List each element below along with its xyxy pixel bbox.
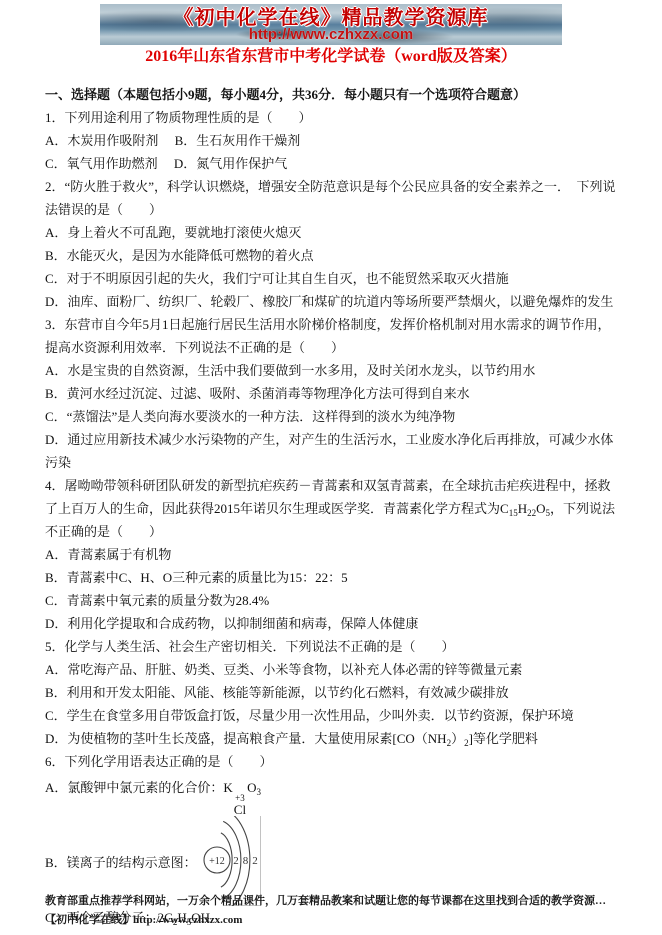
site-banner-image: 《初中化学在线》精品教学资源库 http://www.czhxzx.com <box>100 4 562 45</box>
question-2-option-b: B．水能灭火，是因为水能降低可燃物的着火点 <box>45 244 623 267</box>
question-6-option-b-label: B．镁离子的结构示意图： <box>45 852 197 871</box>
site-banner-url: http://www.czhxzx.com <box>100 27 562 42</box>
question-2-option-c: C．对于不明原因引起的失火，我们宁可让其自生自灭，也不能贸然采取灭火措施 <box>45 267 623 290</box>
question-3-option-a: A．水是宝贵的自然资源，生活中我们要做到一水多用，及时关闭水龙头，以节约用水 <box>45 359 623 382</box>
chlorine-valence-notation: +3Cl <box>234 794 246 816</box>
nucleus-charge: +12 <box>209 856 225 867</box>
question-5-stem: 5．化学与人类生活、社会生产密切相关．下列说法不正确的是（ ） <box>45 635 623 658</box>
question-5-option-b: B．利用和开发太阳能、风能、核能等新能源，以节约化石燃料，有效减少碳排放 <box>45 681 623 704</box>
shell-1-electrons: 2 <box>233 855 239 867</box>
exam-document-page: 《初中化学在线》精品教学资源库 http://www.czhxzx.com 20… <box>0 0 662 935</box>
question-3-option-b: B．黄河水经过沉淀、过滤、吸附、杀菌消毒等物理净化方法可得到自来水 <box>45 382 623 405</box>
question-5-option-d: D．为使植物的茎叶生长茂盛，提高粮食产量．大量使用尿素[CO（NH2）2]等化学… <box>45 727 623 750</box>
question-4-option-a: A．青蒿素属于有机物 <box>45 543 623 566</box>
question-4-option-c: C．青蒿素中氧元素的质量分数为28.4% <box>45 589 623 612</box>
artemisinin-formula: C15H22O5 <box>500 501 550 516</box>
question-2-option-d: D．油库、面粉厂、纺织厂、轮毂厂、橡胶厂和煤矿的坑道内等场所要严禁烟火，以避免爆… <box>45 290 623 313</box>
question-3-option-d: D．通过应用新技术减少水污染物的产生，对产生的生活污水，工业废水净化后再排放，可… <box>45 428 623 474</box>
question-4-option-b: B．青蒿素中C、H、O三种元素的质量比为15：22：5 <box>45 566 623 589</box>
question-1-options-cd: C．氧气用作助燃剂 D．氮气用作保护气 <box>45 152 623 175</box>
question-5-option-a: A．常吃海产品、肝脏、奶类、豆类、小米等食物，以补充人体必需的锌等微量元素 <box>45 658 623 681</box>
page-footer: 教育部重点推荐学科网站，一万余个精品课件，几万套精品教案和试题让您的每节课都在这… <box>45 892 626 930</box>
question-2-stem: 2．“防火胜于救火”，科学认识燃烧，增强安全防范意识是每个公民应具备的安全素养之… <box>45 175 623 221</box>
question-2-option-a: A．身上着火不可乱跑，要就地打滚使火熄灭 <box>45 221 623 244</box>
question-6-option-a: A．氯酸钾中氯元素的化合价：K+3ClO3 <box>45 773 623 816</box>
exam-body: 一、选择题（本题包括小9题，每小题4分，共36分．每小题只有一个选项符合题意） … <box>0 66 662 929</box>
shell-3-electrons: 2 <box>252 855 258 867</box>
question-5-option-c: C．学生在食堂多用自带饭盒打饭，尽量少用一次性用品，少叫外卖．以节约资源，保护环… <box>45 704 623 727</box>
document-title: 2016年山东省东营市中考化学试卷（word版及答案） <box>0 47 662 66</box>
question-6-stem: 6．下列化学用语表达正确的是（ ） <box>45 750 623 773</box>
question-1-stem: 1．下列用途利用了物质物理性质的是（ ） <box>45 106 623 129</box>
question-4-stem: 4．屠呦呦带领科研团队研发的新型抗疟疾药－青蒿素和双氢青蒿素，在全球抗击疟疾进程… <box>45 474 623 543</box>
shell-2-electrons: 8 <box>242 855 248 867</box>
section-heading: 一、选择题（本题包括小9题，每小题4分，共36分．每小题只有一个选项符合题意） <box>45 83 623 106</box>
question-3-stem: 3．东营市自今年5月1日起施行居民生活用水阶梯价格制度，发挥价格机制对用水需求的… <box>45 313 623 359</box>
question-3-option-c: C．“蒸馏法”是人类向海水要淡水的一种方法．这样得到的淡水为纯净物 <box>45 405 623 428</box>
question-1-options-ab: A．木炭用作吸附剂 B．生石灰用作干燥剂 <box>45 129 623 152</box>
question-4-option-d: D．利用化学提取和合成药物，以抑制细菌和病毒，保障人体健康 <box>45 612 623 635</box>
